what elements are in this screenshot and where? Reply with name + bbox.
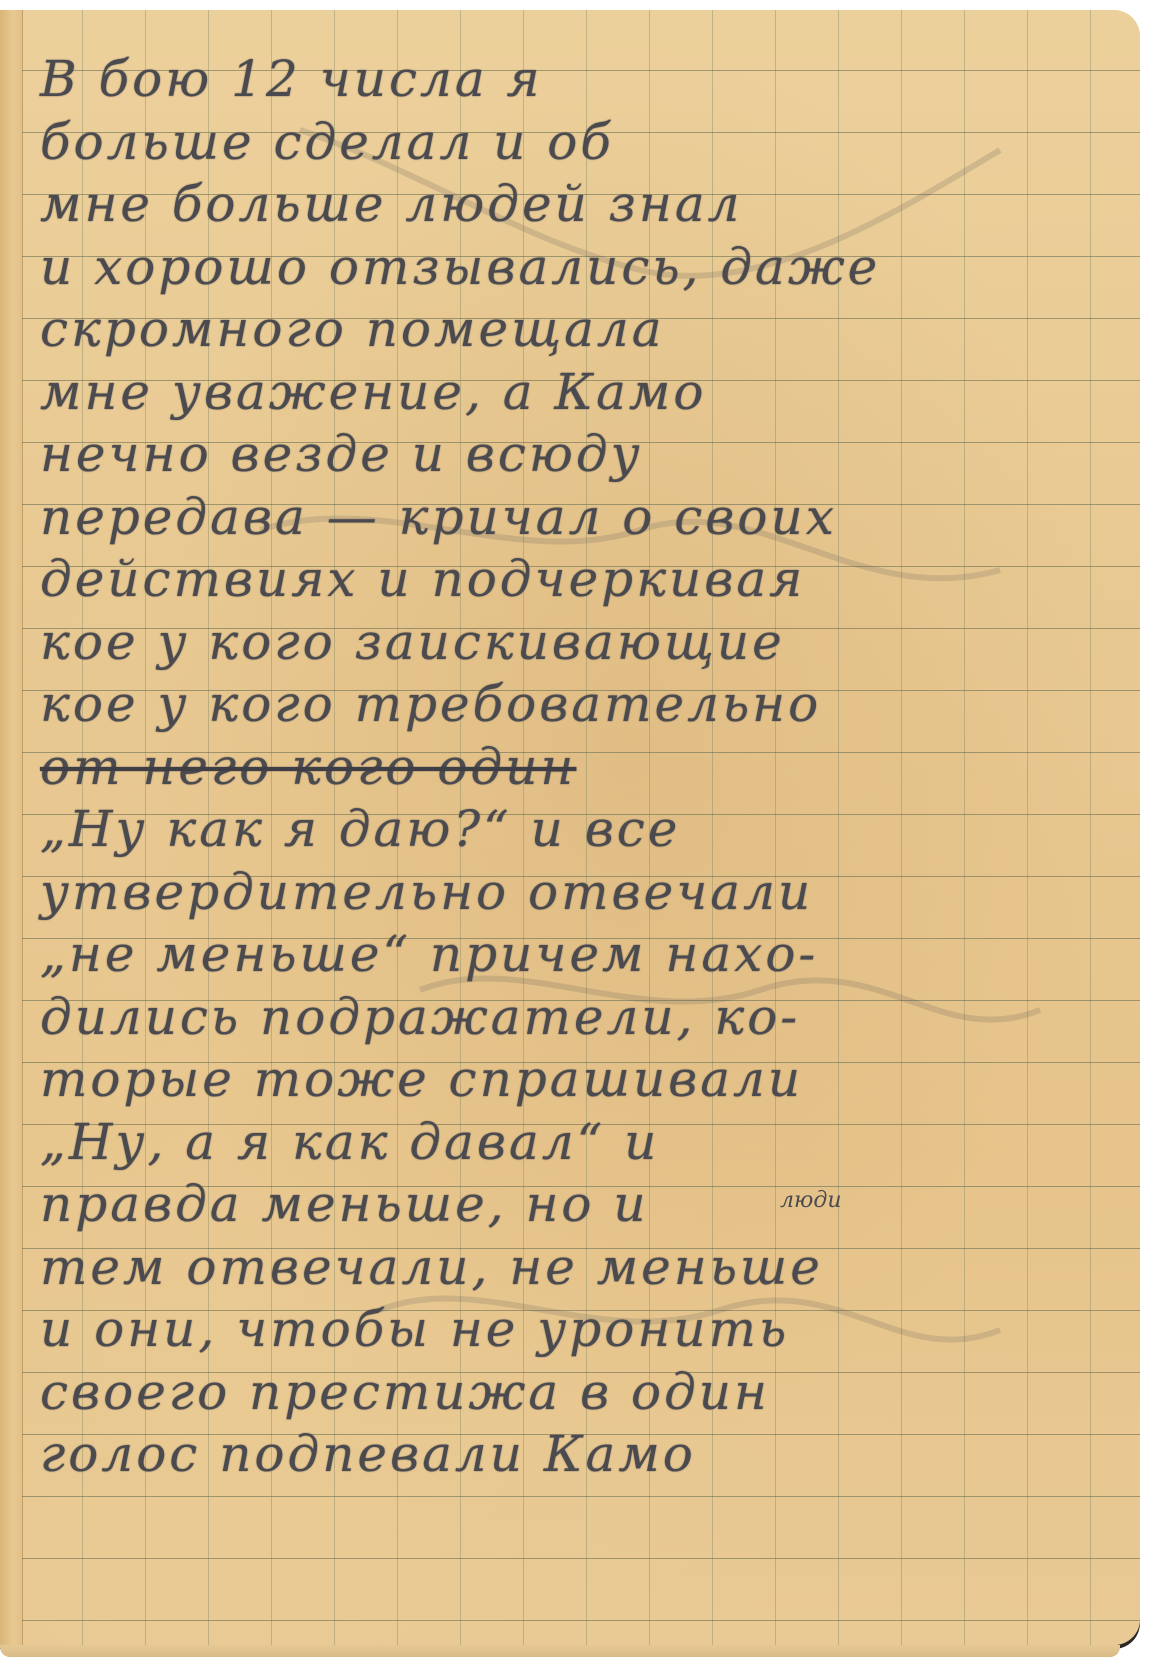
struck-text-line: от него кого один bbox=[40, 736, 1120, 799]
interlinear-insertion: люди bbox=[780, 1188, 842, 1213]
text-line: своего престижа в один bbox=[40, 1361, 1120, 1424]
text-line: передава — кричал о своих bbox=[40, 486, 1120, 549]
text-line: торые тоже спрашивали bbox=[40, 1048, 1120, 1111]
text-line: голос подпевали Камо bbox=[40, 1423, 1120, 1486]
text-line: скромного помещала bbox=[40, 298, 1120, 361]
text-line: дились подражатели, ко- bbox=[40, 986, 1120, 1049]
text-line: В бою 12 числа я bbox=[40, 48, 1120, 111]
text-line: правда меньше, но и bbox=[40, 1173, 1120, 1236]
text-line: „Ну как я даю?“ и все bbox=[40, 798, 1120, 861]
page-bottom-edge bbox=[0, 1645, 1120, 1657]
text-line: и они, чтобы не уронить bbox=[40, 1298, 1120, 1361]
notebook-page: В бою 12 числа я больше сделал и об мне … bbox=[0, 10, 1140, 1645]
text-line: мне уважение, а Камо bbox=[40, 361, 1120, 424]
text-line: действиях и подчеркивая bbox=[40, 548, 1120, 611]
handwritten-text-block: В бою 12 числа я больше сделал и об мне … bbox=[40, 48, 1120, 1486]
page-binding-edge bbox=[0, 10, 23, 1645]
text-line: больше сделал и об bbox=[40, 111, 1120, 174]
text-line: мне больше людей знал bbox=[40, 173, 1120, 236]
text-line: и хорошо отзывались, даже bbox=[40, 236, 1120, 299]
text-line: „не меньше“ причем нахо- bbox=[40, 923, 1120, 986]
text-line: кое у кого заискивающие bbox=[40, 611, 1120, 674]
text-line: нечно везде и всюду bbox=[40, 423, 1120, 486]
text-line: „Ну, а я как давал“ и bbox=[40, 1111, 1120, 1174]
text-line: кое у кого требовательно bbox=[40, 673, 1120, 736]
text-line: тем отвечали, не меньше bbox=[40, 1236, 1120, 1299]
text-line: утвердительно отвечали bbox=[40, 861, 1120, 924]
